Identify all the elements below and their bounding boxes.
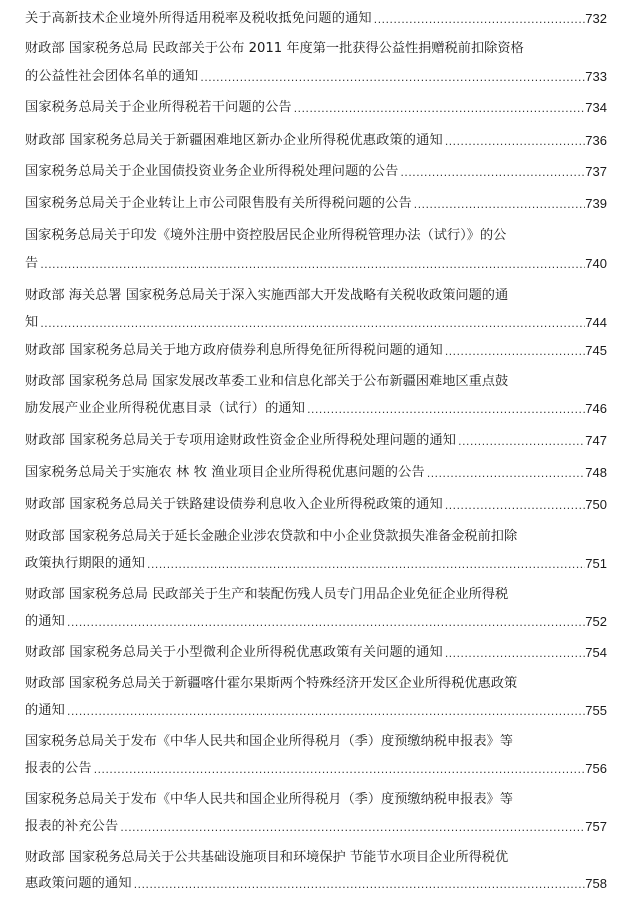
toc-entry-title: 国家税务总局关于实施农 林 牧 渔业项目企业所得税优惠问题的公告 (25, 463, 425, 483)
page-number: 747 (585, 431, 607, 451)
toc-entry-732[interactable]: 关于高新技术企业境外所得适用税率及税收抵免问题的通知 732 (25, 9, 607, 29)
toc-entry-title: 的通知 (25, 612, 65, 632)
dot-leader (65, 612, 585, 632)
page-number: 754 (585, 643, 607, 663)
page-number: 733 (585, 67, 607, 87)
toc-entry-752-line1[interactable]: 财政部 国家税务总局 民政部关于生产和装配伤残人员专门用品企业免征企业所得税 (25, 585, 607, 605)
page-number: 746 (585, 399, 607, 419)
toc-entry-title: 关于高新技术企业境外所得适用税率及税收抵免问题的通知 (25, 9, 372, 29)
toc-entry-734[interactable]: 国家税务总局关于企业所得税若干问题的公告 734 (25, 98, 607, 118)
page-number: 752 (585, 612, 607, 632)
toc-entry-title: 的公益性社会团体名单的通知 (25, 67, 198, 87)
toc-entry-733-line1[interactable]: 财政部 国家税务总局 民政部关于公布 2011 年度第一批获得公益性捐赠税前扣除… (25, 39, 607, 59)
dot-leader (443, 131, 585, 151)
dot-leader (425, 463, 585, 483)
toc-entry-740-line1[interactable]: 国家税务总局关于印发《境外注册中资控股居民企业所得税管理办法（试行）》的公 (25, 226, 607, 246)
toc-entry-744-line1[interactable]: 财政部 海关总署 国家税务总局关于深入实施西部大开发战略有关税收政策问题的通 (25, 286, 607, 306)
toc-entry-746[interactable]: 励发展产业企业所得税优惠目录（试行）的通知 746 (25, 399, 607, 419)
toc-entry-title: 国家税务总局关于发布《中华人民共和国企业所得税月（季）度预缴纳税申报表》等 (25, 790, 607, 810)
toc-entry-title: 国家税务总局关于企业所得税若干问题的公告 (25, 98, 292, 118)
toc-entry-736[interactable]: 财政部 国家税务总局关于新疆困难地区新办企业所得税优惠政策的通知 736 (25, 131, 607, 151)
dot-leader (145, 554, 585, 574)
toc-entry-title: 报表的公告 (25, 759, 92, 779)
page-number: 740 (585, 254, 607, 274)
dot-leader (443, 495, 585, 515)
page-number: 734 (585, 98, 607, 118)
dot-leader (38, 254, 585, 274)
toc-entry-title: 财政部 国家税务总局 民政部关于生产和装配伤残人员专门用品企业免征企业所得税 (25, 585, 607, 605)
dot-leader (305, 399, 585, 419)
toc-entry-733[interactable]: 的公益性社会团体名单的通知 733 (25, 67, 607, 87)
dot-leader (92, 759, 586, 779)
page-number: 758 (585, 874, 607, 894)
dot-leader (65, 701, 585, 721)
toc-entry-title: 财政部 海关总署 国家税务总局关于深入实施西部大开发战略有关税收政策问题的通 (25, 286, 607, 306)
toc-entry-title: 国家税务总局关于企业国债投资业务企业所得税处理问题的公告 (25, 162, 398, 182)
toc-entry-title: 告 (25, 254, 38, 274)
toc-entry-737[interactable]: 国家税务总局关于企业国债投资业务企业所得税处理问题的公告 737 (25, 162, 607, 182)
toc-entry-756-line1[interactable]: 国家税务总局关于发布《中华人民共和国企业所得税月（季）度预缴纳税申报表》等 (25, 732, 607, 752)
toc-entry-title: 财政部 国家税务总局关于延长金融企业涉农贷款和中小企业贷款损失准备金税前扣除 (25, 527, 607, 547)
page-number: 751 (585, 554, 607, 574)
toc-entry-title: 财政部 国家税务总局 国家发展改革委工业和信息化部关于公布新疆困难地区重点鼓 (25, 372, 607, 392)
toc-entry-title: 财政部 国家税务总局关于地方政府债券利息所得免征所得税问题的通知 (25, 341, 443, 361)
toc-entry-752[interactable]: 的通知 752 (25, 612, 607, 632)
toc-entry-739[interactable]: 国家税务总局关于企业转让上市公司限售股有关所得税问题的公告 739 (25, 194, 607, 214)
toc-entry-756[interactable]: 报表的公告 756 (25, 759, 607, 779)
toc-entry-title: 财政部 国家税务总局关于铁路建设债券利息收入企业所得税政策的通知 (25, 495, 443, 515)
toc-entry-757[interactable]: 报表的补充公告 757 (25, 817, 607, 837)
toc-entry-title: 财政部 国家税务总局 民政部关于公布 2011 年度第一批获得公益性捐赠税前扣除… (25, 39, 607, 59)
dot-leader (398, 162, 585, 182)
page-number: 732 (585, 9, 607, 29)
dot-leader (443, 341, 585, 361)
toc-entry-title: 财政部 国家税务总局关于公共基础设施项目和环境保护 节能节水项目企业所得税优 (25, 848, 607, 868)
page-number: 745 (585, 341, 607, 361)
toc-entry-758[interactable]: 惠政策问题的通知 758 (25, 874, 607, 894)
toc-entry-title: 政策执行期限的通知 (25, 554, 145, 574)
toc-entry-758-line1[interactable]: 财政部 国家税务总局关于公共基础设施项目和环境保护 节能节水项目企业所得税优 (25, 848, 607, 868)
toc-entry-title: 报表的补充公告 (25, 817, 118, 837)
toc-entry-750[interactable]: 财政部 国家税务总局关于铁路建设债券利息收入企业所得税政策的通知 750 (25, 495, 607, 515)
page-number: 748 (585, 463, 607, 483)
toc-entry-title: 财政部 国家税务总局关于专项用途财政性资金企业所得税处理问题的通知 (25, 431, 456, 451)
toc-entry-740[interactable]: 告 740 (25, 254, 607, 274)
toc-entry-748[interactable]: 国家税务总局关于实施农 林 牧 渔业项目企业所得税优惠问题的公告 748 (25, 463, 607, 483)
page-number: 744 (585, 313, 607, 333)
toc-entry-title: 财政部 国家税务总局关于新疆喀什霍尔果斯两个特殊经济开发区企业所得税优惠政策 (25, 674, 607, 694)
page-number: 739 (585, 194, 607, 214)
page-number: 756 (585, 759, 607, 779)
page-number: 737 (585, 162, 607, 182)
toc-entry-title: 财政部 国家税务总局关于小型微利企业所得税优惠政策有关问题的通知 (25, 643, 443, 663)
toc-entry-754[interactable]: 财政部 国家税务总局关于小型微利企业所得税优惠政策有关问题的通知 754 (25, 643, 607, 663)
toc-entry-744[interactable]: 知 744 (25, 313, 607, 333)
toc-entry-title: 惠政策问题的通知 (25, 874, 132, 894)
toc-entry-757-line1[interactable]: 国家税务总局关于发布《中华人民共和国企业所得税月（季）度预缴纳税申报表》等 (25, 790, 607, 810)
dot-leader (372, 9, 586, 29)
page-number: 736 (585, 131, 607, 151)
toc-entry-751[interactable]: 政策执行期限的通知 751 (25, 554, 607, 574)
toc-entry-title: 的通知 (25, 701, 65, 721)
page-number: 750 (585, 495, 607, 515)
toc-entry-746-line1[interactable]: 财政部 国家税务总局 国家发展改革委工业和信息化部关于公布新疆困难地区重点鼓 (25, 372, 607, 392)
toc-entry-755[interactable]: 的通知 755 (25, 701, 607, 721)
dot-leader (443, 643, 585, 663)
toc-entry-title: 财政部 国家税务总局关于新疆困难地区新办企业所得税优惠政策的通知 (25, 131, 443, 151)
toc-entry-747[interactable]: 财政部 国家税务总局关于专项用途财政性资金企业所得税处理问题的通知 747 (25, 431, 607, 451)
toc-entry-title: 励发展产业企业所得税优惠目录（试行）的通知 (25, 399, 305, 419)
toc-entry-751-line1[interactable]: 财政部 国家税务总局关于延长金融企业涉农贷款和中小企业贷款损失准备金税前扣除 (25, 527, 607, 547)
toc-entry-title: 知 (25, 313, 38, 333)
page-number: 757 (585, 817, 607, 837)
toc-entry-title: 国家税务总局关于企业转让上市公司限售股有关所得税问题的公告 (25, 194, 412, 214)
page-number: 755 (585, 701, 607, 721)
dot-leader (118, 817, 585, 837)
toc-entry-745[interactable]: 财政部 国家税务总局关于地方政府债券利息所得免征所得税问题的通知 745 (25, 341, 607, 361)
toc-entry-title: 国家税务总局关于发布《中华人民共和国企业所得税月（季）度预缴纳税申报表》等 (25, 732, 607, 752)
dot-leader (292, 98, 586, 118)
toc-entry-title: 国家税务总局关于印发《境外注册中资控股居民企业所得税管理办法（试行）》的公 (25, 226, 607, 246)
dot-leader (456, 431, 585, 451)
dot-leader (412, 194, 586, 214)
dot-leader (132, 874, 586, 894)
toc-entry-755-line1[interactable]: 财政部 国家税务总局关于新疆喀什霍尔果斯两个特殊经济开发区企业所得税优惠政策 (25, 674, 607, 694)
dot-leader (198, 67, 585, 87)
dot-leader (38, 313, 585, 333)
